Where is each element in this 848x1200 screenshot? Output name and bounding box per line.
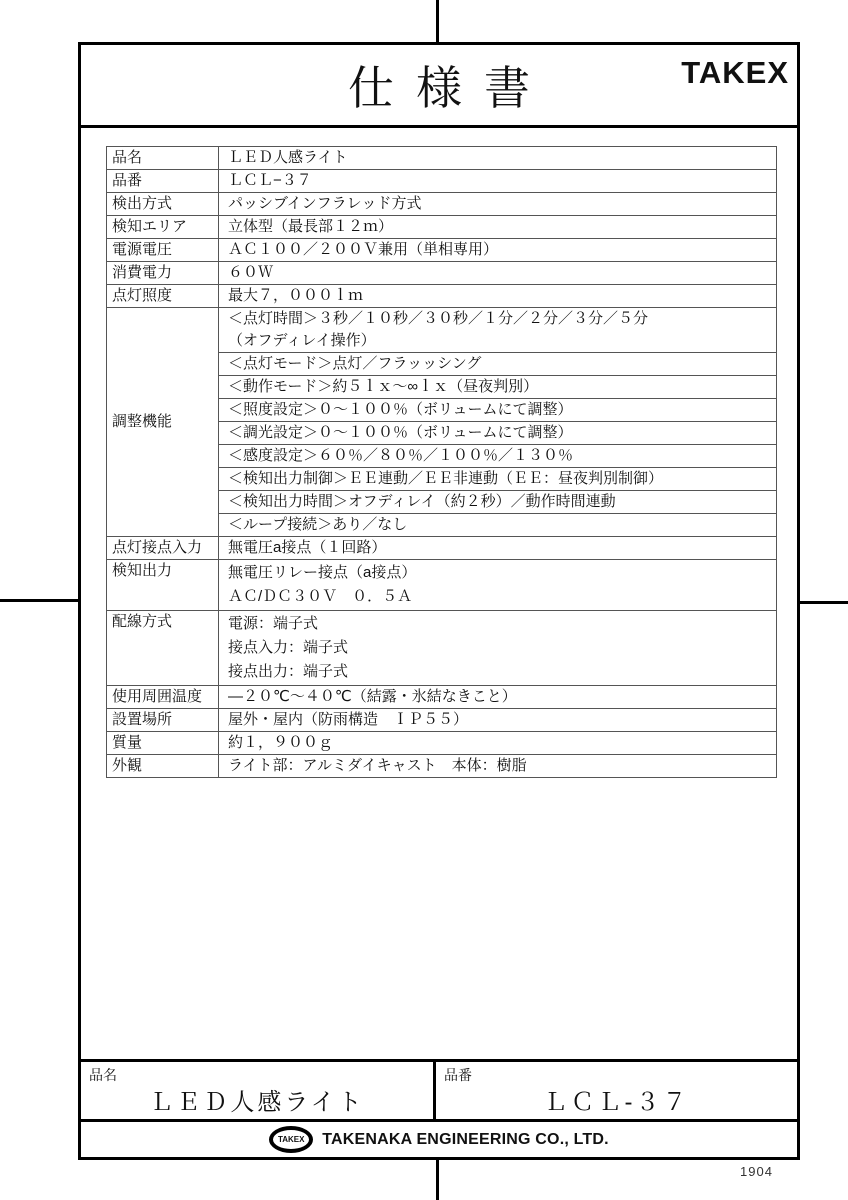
spec-label: 外観 <box>107 755 219 777</box>
spec-label: 品名 <box>107 147 219 169</box>
spec-sheet-page: 仕様書 TAKEX 品名 ＬＥＤ人感ライト 品番 ＬＣＬ−３７ 検出方式 パッシ… <box>0 0 848 1200</box>
spec-label: 電源電圧 <box>107 239 219 261</box>
adjust-item: ＜ループ接続＞あり／なし <box>219 514 776 536</box>
table-row: 外観 ライト部：アルミダイキャスト 本体：樹脂 <box>107 755 776 777</box>
spec-table: 品名 ＬＥＤ人感ライト 品番 ＬＣＬ−３７ 検出方式 パッシブインフラレッド方式… <box>106 146 777 778</box>
spec-label: 調整機能 <box>107 308 219 536</box>
crop-mark-right <box>798 601 848 604</box>
brand-logo: TAKEX <box>681 55 789 91</box>
table-row: 配線方式 電源：端子式 接点入力：端子式 接点出力：端子式 <box>107 611 776 686</box>
spec-value: 無電圧リレー接点（a接点） ＡＣ/ＤＣ３０Ｖ ０．５Ａ <box>219 560 776 610</box>
spec-label: 使用周囲温度 <box>107 686 219 708</box>
spec-value: ＬＣＬ−３７ <box>219 170 776 192</box>
table-row: 検知出力 無電圧リレー接点（a接点） ＡＣ/ＤＣ３０Ｖ ０．５Ａ <box>107 560 776 611</box>
spec-label: 検知出力 <box>107 560 219 610</box>
spec-value: 立体型（最長部１２ｍ） <box>219 216 776 238</box>
spec-value: ＡＣ１００／２００Ｖ兼用（単相専用） <box>219 239 776 261</box>
spec-value: 無電圧a接点（１回路） <box>219 537 776 559</box>
adjust-item: ＜検知出力時間＞オフディレイ（約２秒）／動作時間連動 <box>219 491 776 514</box>
title-block: 品名 ＬＥＤ人感ライト 品番 ＬＣＬ-３７ <box>81 1059 797 1119</box>
table-row: 点灯接点入力 無電圧a接点（１回路） <box>107 537 776 560</box>
spec-label: 質量 <box>107 732 219 754</box>
adjust-item: ＜調光設定＞０～１００％（ボリュームにて調整） <box>219 422 776 445</box>
adjust-sub-rows: ＜点灯時間＞３秒／１０秒／３０秒／１分／２分／３分／５分 （オフディレイ操作） … <box>219 308 776 536</box>
document-title: 仕様書 <box>326 52 552 118</box>
document-body: 品名 ＬＥＤ人感ライト 品番 ＬＣＬ−３７ 検出方式 パッシブインフラレッド方式… <box>81 128 797 1059</box>
crop-mark-left <box>0 599 80 602</box>
name-value: ＬＥＤ人感ライト <box>81 1082 433 1117</box>
spec-value: 約１，９００ｇ <box>219 732 776 754</box>
adjust-item: ＜検知出力制御＞ＥＥ連動／ＥＥ非連動（ＥＥ：昼夜判別制御） <box>219 468 776 491</box>
spec-label: 検知エリア <box>107 216 219 238</box>
spec-value: ライト部：アルミダイキャスト 本体：樹脂 <box>219 755 776 777</box>
spec-label: 消費電力 <box>107 262 219 284</box>
spec-value: 最大７，０００ｌｍ <box>219 285 776 307</box>
adjust-item: ＜感度設定＞６０％／８０％／１００％／１３０％ <box>219 445 776 468</box>
title-block-model: 品番 ＬＣＬ-３７ <box>436 1062 797 1119</box>
table-row: 消費電力 ６０Ｗ <box>107 262 776 285</box>
spec-value: 電源：端子式 接点入力：端子式 接点出力：端子式 <box>219 611 776 685</box>
table-row-adjust: 調整機能 ＜点灯時間＞３秒／１０秒／３０秒／１分／２分／３分／５分 （オフディレ… <box>107 308 776 537</box>
spec-label: 品番 <box>107 170 219 192</box>
table-row: 品名 ＬＥＤ人感ライト <box>107 147 776 170</box>
crop-mark-top <box>436 0 439 45</box>
table-row: 質量 約１，９００ｇ <box>107 732 776 755</box>
table-row: 電源電圧 ＡＣ１００／２００Ｖ兼用（単相専用） <box>107 239 776 262</box>
adjust-item: ＜動作モード＞約５ｌｘ～∞ｌｘ（昼夜判別） <box>219 376 776 399</box>
takex-logo-icon: TAKEX <box>269 1126 313 1153</box>
crop-mark-bottom <box>436 1158 439 1200</box>
spec-value: ＬＥＤ人感ライト <box>219 147 776 169</box>
spec-value: パッシブインフラレッド方式 <box>219 193 776 215</box>
spec-value: 屋外・屋内（防雨構造 ＩＰ５５） <box>219 709 776 731</box>
table-row: 設置場所 屋外・屋内（防雨構造 ＩＰ５５） <box>107 709 776 732</box>
adjust-item: ＜点灯時間＞３秒／１０秒／３０秒／１分／２分／３分／５分 （オフディレイ操作） <box>219 308 776 353</box>
table-row: 品番 ＬＣＬ−３７ <box>107 170 776 193</box>
document-header: 仕様書 TAKEX <box>81 45 797 128</box>
spec-label: 配線方式 <box>107 611 219 685</box>
table-row: 使用周囲温度 —２０℃～４０℃（結露・氷結なきこと） <box>107 686 776 709</box>
spec-label: 点灯接点入力 <box>107 537 219 559</box>
table-row: 検出方式 パッシブインフラレッド方式 <box>107 193 776 216</box>
table-row: 点灯照度 最大７，０００ｌｍ <box>107 285 776 308</box>
spec-label: 検出方式 <box>107 193 219 215</box>
page-number: 1904 <box>740 1164 773 1179</box>
spec-value: ６０Ｗ <box>219 262 776 284</box>
model-value: ＬＣＬ-３７ <box>436 1082 797 1117</box>
adjust-item: ＜点灯モード＞点灯／フラッッシング <box>219 353 776 376</box>
company-name: TAKENAKA ENGINEERING CO., LTD. <box>322 1131 609 1149</box>
spec-label: 点灯照度 <box>107 285 219 307</box>
spec-value: —２０℃～４０℃（結露・氷結なきこと） <box>219 686 776 708</box>
adjust-item: ＜照度設定＞０～１００％（ボリュームにて調整） <box>219 399 776 422</box>
document-frame: 仕様書 TAKEX 品名 ＬＥＤ人感ライト 品番 ＬＣＬ−３７ 検出方式 パッシ… <box>78 42 800 1160</box>
spec-label: 設置場所 <box>107 709 219 731</box>
title-block-name: 品名 ＬＥＤ人感ライト <box>81 1062 436 1119</box>
table-row: 検知エリア 立体型（最長部１２ｍ） <box>107 216 776 239</box>
company-footer: TAKEX TAKENAKA ENGINEERING CO., LTD. <box>81 1119 797 1157</box>
